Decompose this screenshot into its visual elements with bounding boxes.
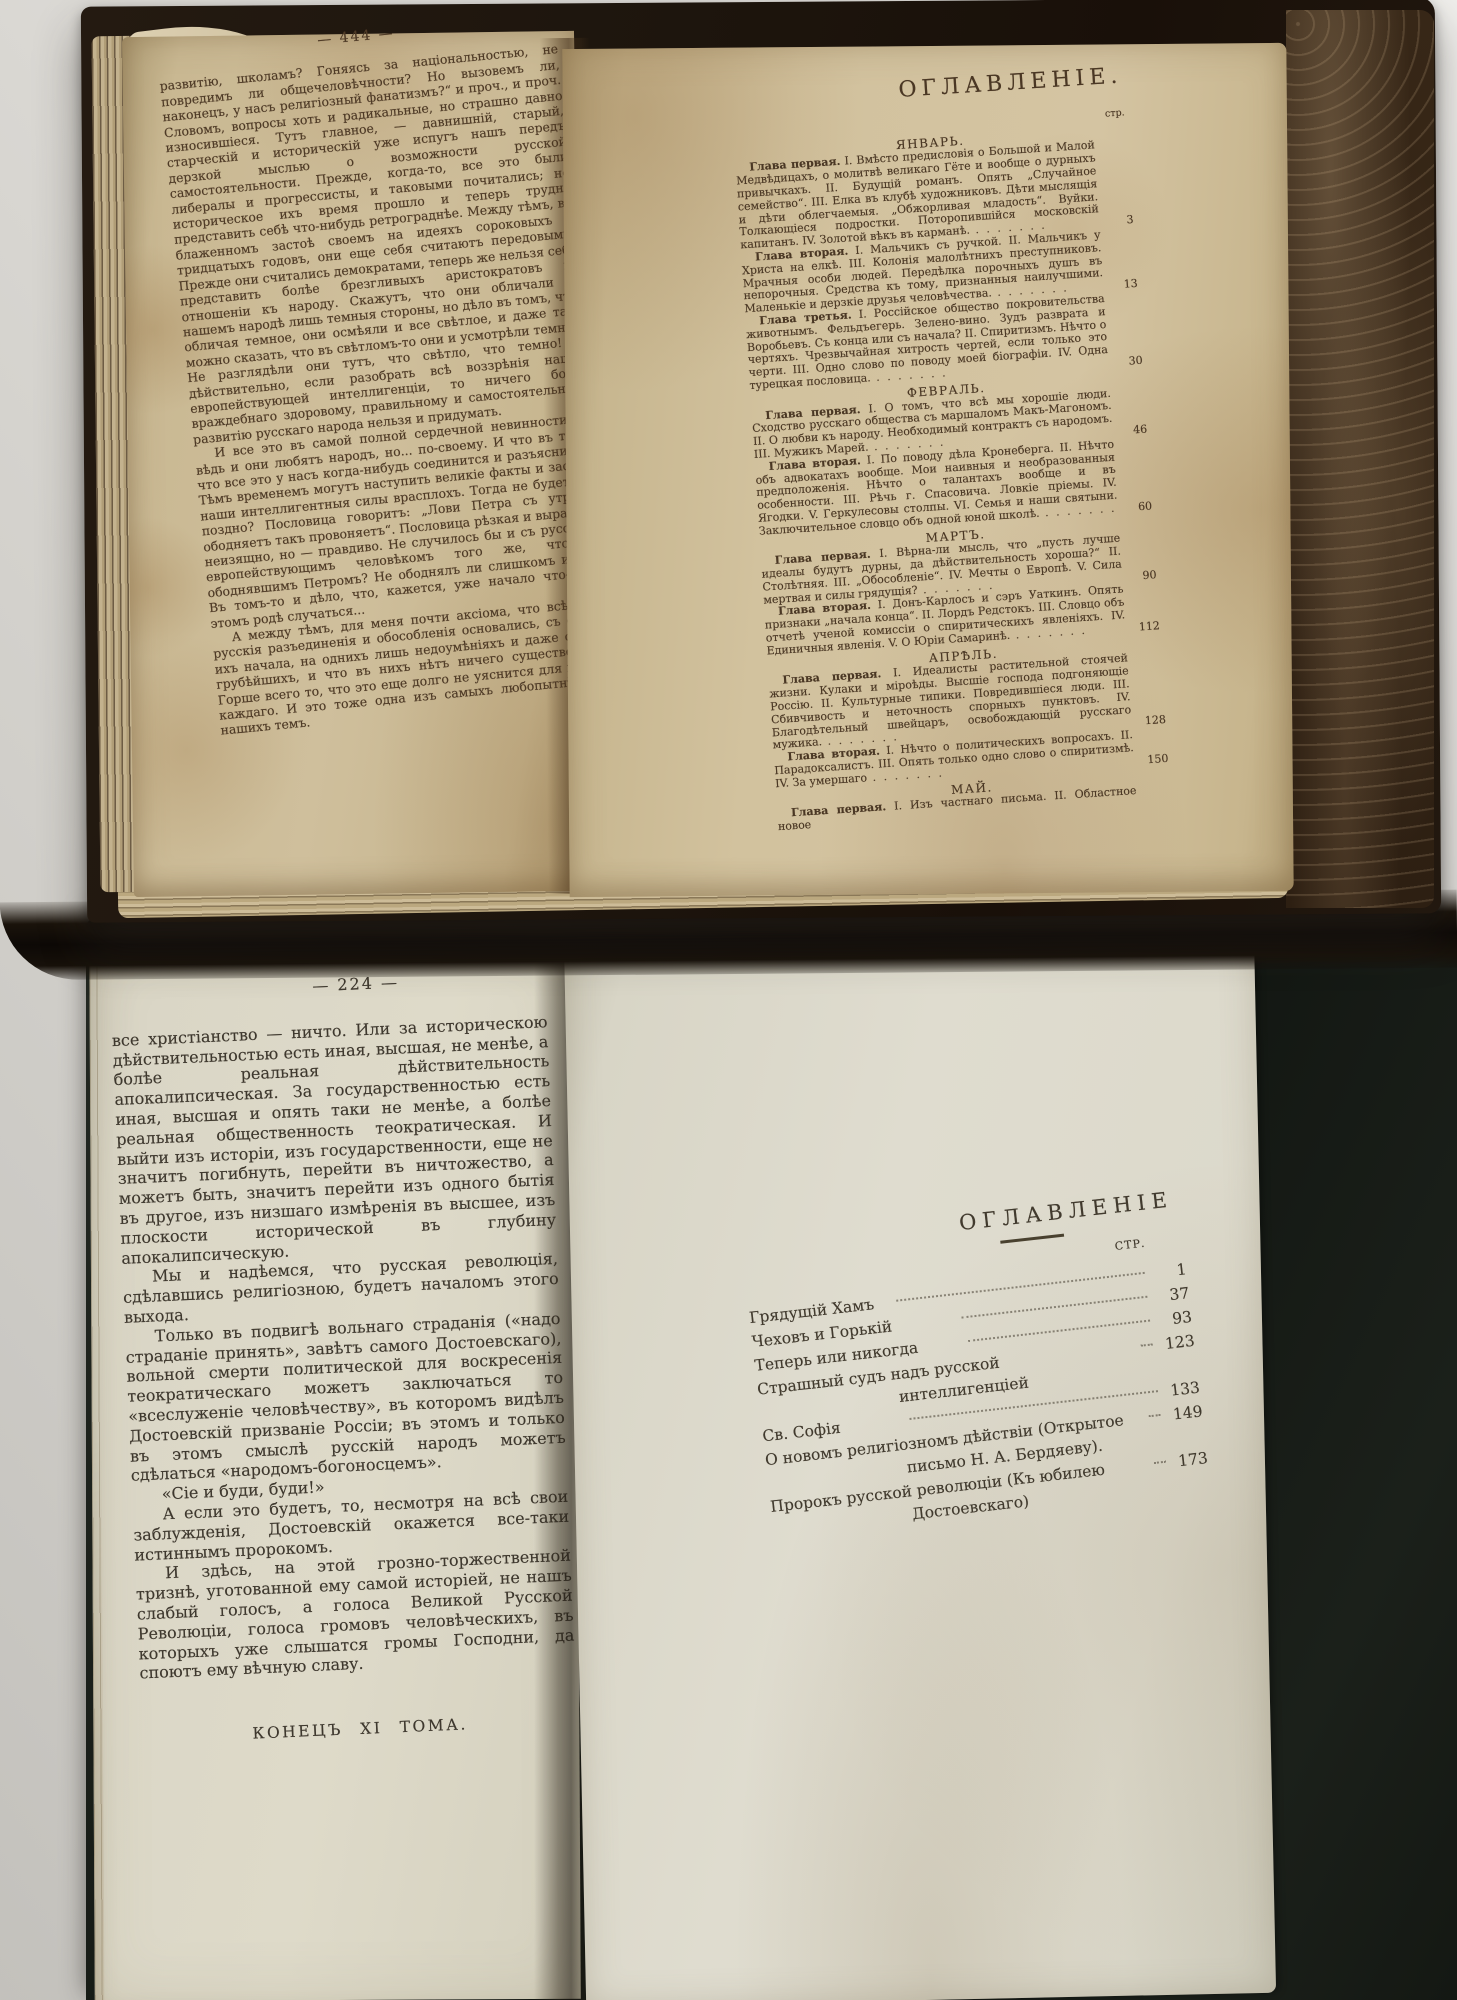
top-book-worn-board: [1286, 10, 1434, 908]
toc-entry-page: 1: [1152, 1258, 1188, 1285]
chapter-page: 112: [1138, 620, 1160, 634]
toc-entry-page: 123: [1160, 1330, 1196, 1357]
bottom-book-left-page-text: — 224 — все христіанство — ничто. Или за…: [109, 966, 578, 1749]
toc-entry-page: 93: [1157, 1306, 1193, 1333]
toc-dot-leader: [1149, 1414, 1161, 1417]
bottom-book-left-page: — 224 — все христіанство — ничто. Или за…: [89, 937, 581, 2000]
top-book-toc: ОГЛАВЛЕНІЕ. стр. ЯНВАРЬ. Глава первая. I…: [731, 70, 1170, 834]
chapter-page: 3: [1126, 214, 1134, 227]
page-paragraph: И здѣсь, на этой грозно-торжественной тр…: [135, 1546, 576, 1684]
top-book-left-page: — 444 — развитію, школамъ? Гоняясь за на…: [122, 31, 586, 897]
toc-entry-page: 37: [1154, 1282, 1190, 1309]
chapter-page: 150: [1147, 753, 1169, 767]
chapter-page: 60: [1138, 500, 1153, 514]
page-paragraph: все христіанство — ничто. Или за историч…: [111, 1012, 557, 1268]
page-paragraph: Только въ подвигѣ вольнаго страданія («н…: [124, 1309, 566, 1486]
chapter-page: 90: [1142, 569, 1157, 583]
toc-dot-leader: [1141, 1343, 1153, 1346]
page-paragraph: развитію, школамъ? Гоняясь за національн…: [159, 41, 592, 447]
chapter-page: 30: [1128, 355, 1143, 369]
bottom-book-right-page: ОГЛАВЛЕНІЕ СТР. Грядущій Хамъ 1 Чеховъ и…: [564, 926, 1276, 2000]
bottom-book-toc: ОГЛАВЛЕНІЕ СТР. Грядущій Хамъ 1 Чеховъ и…: [740, 1188, 1212, 1543]
photo-two-open-books: — 224 — все христіанство — ничто. Или за…: [0, 0, 1457, 2000]
chapter-page: 13: [1123, 278, 1138, 292]
toc-title: ОГЛАВЛЕНІЕ.: [731, 70, 1123, 108]
toc-entry-page: 173: [1173, 1447, 1209, 1474]
toc-entry-page: 133: [1165, 1376, 1201, 1403]
volume-end-line: КОНЕЦЪ XI ТОМА.: [142, 1711, 578, 1750]
toc-dot-leader: [1154, 1461, 1166, 1464]
top-book-right-page: ОГЛАВЛЕНІЕ. стр. ЯНВАРЬ. Глава первая. I…: [562, 43, 1293, 897]
chapter-page: 46: [1133, 423, 1148, 437]
toc-entry-page: 149: [1167, 1400, 1203, 1427]
